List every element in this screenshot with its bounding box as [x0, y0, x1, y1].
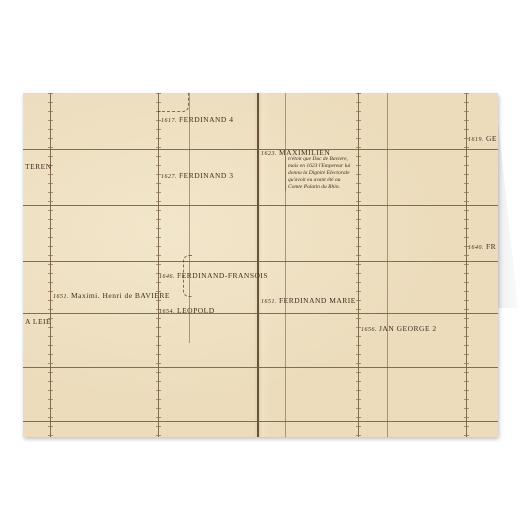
edge-label-teren: TEREN: [25, 162, 52, 171]
edge-label-a-leie: A LEIE: [25, 317, 51, 326]
maximilien-note: n'étoit que Duc de Baviere, mais en 1623…: [285, 156, 356, 191]
grid-vline: [358, 93, 359, 437]
entry-ge: 1619.GE: [468, 134, 497, 143]
grid-hline: [23, 313, 498, 314]
grid-vline: [387, 93, 388, 437]
grid-hline: [23, 421, 498, 422]
grid-vline: [285, 93, 286, 437]
entry-ferdinand-4: 1617.FERDINAND 4: [161, 115, 233, 124]
entry-maximilien-henri: 1651.Maximi. Henri de BAVIERE: [53, 291, 170, 300]
card-fold-line: [257, 93, 259, 437]
grid-hline: [23, 261, 498, 262]
entry-ferdinand-fransois: 1646.FERDINAND-FRANSOIS: [159, 271, 268, 280]
entry-jan-george: 1656.JAN GEORGE 2: [361, 324, 437, 333]
grid-vline: [50, 93, 51, 437]
lineage-bracket: [158, 93, 189, 112]
grid-vline: [158, 93, 159, 437]
entry-ferdinand-marie: 1651.FERDINAND MARIE: [261, 296, 356, 305]
grid-hline: [23, 367, 498, 368]
grid-hline: [23, 205, 498, 206]
entry-leopold: 1654.LEOPOLD: [159, 306, 215, 315]
grid-vline: [466, 93, 467, 437]
entry-ferdinand-3: 1627.FERDINAND 3: [161, 171, 233, 180]
greeting-card: TEREN A LEIE 1617.FERDINAND 4 1627.FERDI…: [23, 93, 498, 437]
entry-fr: 1640.FR: [468, 242, 496, 251]
